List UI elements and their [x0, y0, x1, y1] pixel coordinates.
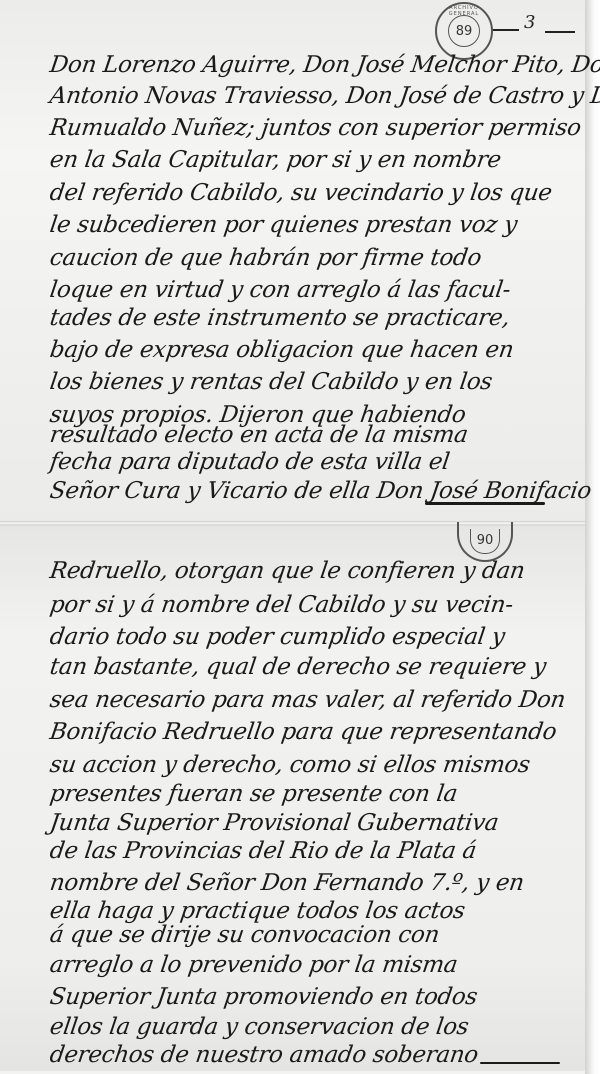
manuscript-line: nombre del Señor Don Fernando 7.º, y en [48, 868, 572, 898]
manuscript-line: Redruello, otorgan que le confieren y da… [48, 556, 572, 586]
signature-underline [425, 502, 545, 505]
manuscript-line: loque en virtud y con arreglo á las facu… [48, 275, 572, 305]
soberano-underline [480, 1062, 560, 1064]
manuscript-line: los bienes y rentas del Cabildo y en los [48, 367, 572, 397]
manuscript-line: Bonifacio Redruello para que representan… [48, 717, 572, 747]
manuscript-line: sea necesario para mas valer, al referid… [48, 685, 572, 715]
manuscript-line: Antonio Novas Traviesso, Don José de Cas… [48, 81, 572, 111]
stamp-ring-text: ARCHIVO GENERAL [437, 5, 491, 17]
manuscript-line: por si y á nombre del Cabildo y su vecin… [48, 590, 572, 620]
manuscript-line: ellos la guarda y conservacion de los [48, 1012, 572, 1042]
manuscript-line: á que se dirije su convocacion con [48, 920, 572, 950]
manuscript-line: le subcedieren por quienes prestan voz y [48, 210, 572, 240]
manuscript-line: tades de este instrumento se practicare, [48, 303, 572, 333]
manuscript-line: caucion de que habrán por firme todo [48, 243, 572, 273]
manuscript-line: derechos de nuestro amado soberano [48, 1040, 572, 1070]
manuscript-line: dario todo su poder cumplido especial y [48, 622, 572, 652]
manuscript-line: Superior Junta promoviendo en todos [48, 982, 572, 1012]
manuscript-line: Junta Superior Provisional Gubernativa [48, 808, 572, 838]
stamp-number: 90 [470, 529, 500, 554]
manuscript-line: bajo de expresa obligacion que hacen en [48, 335, 572, 365]
manuscript-line: tan bastante, qual de derecho se requier… [48, 652, 572, 682]
page-number-dash-left [493, 29, 519, 31]
manuscript-line: en la Sala Capitular, por si y en nombre [48, 145, 572, 175]
manuscript-line: Rumualdo Nuñez; juntos con superior perm… [48, 113, 572, 143]
manuscript-line: resultado electo en acta de la misma [48, 420, 572, 450]
stamp-number: 89 [448, 15, 480, 47]
paper-edge [585, 0, 600, 1074]
manuscript-line: fecha para diputado de esta villa el [48, 447, 572, 477]
page-number-dash-right [545, 31, 575, 33]
manuscript-line: de las Provincias del Rio de la Plata á [48, 836, 572, 866]
manuscript-line: su accion y derecho, como si ellos mismo… [48, 750, 572, 780]
manuscript-line: arreglo a lo prevenido por la misma [48, 950, 572, 980]
page-number: 3 [524, 12, 535, 33]
manuscript-line: Don Lorenzo Aguirre, Don José Melchor Pi… [48, 50, 572, 80]
manuscript-line: del referido Cabildo, su vecindario y lo… [48, 178, 572, 208]
manuscript-line: presentes fueran se presente con la [48, 779, 572, 809]
